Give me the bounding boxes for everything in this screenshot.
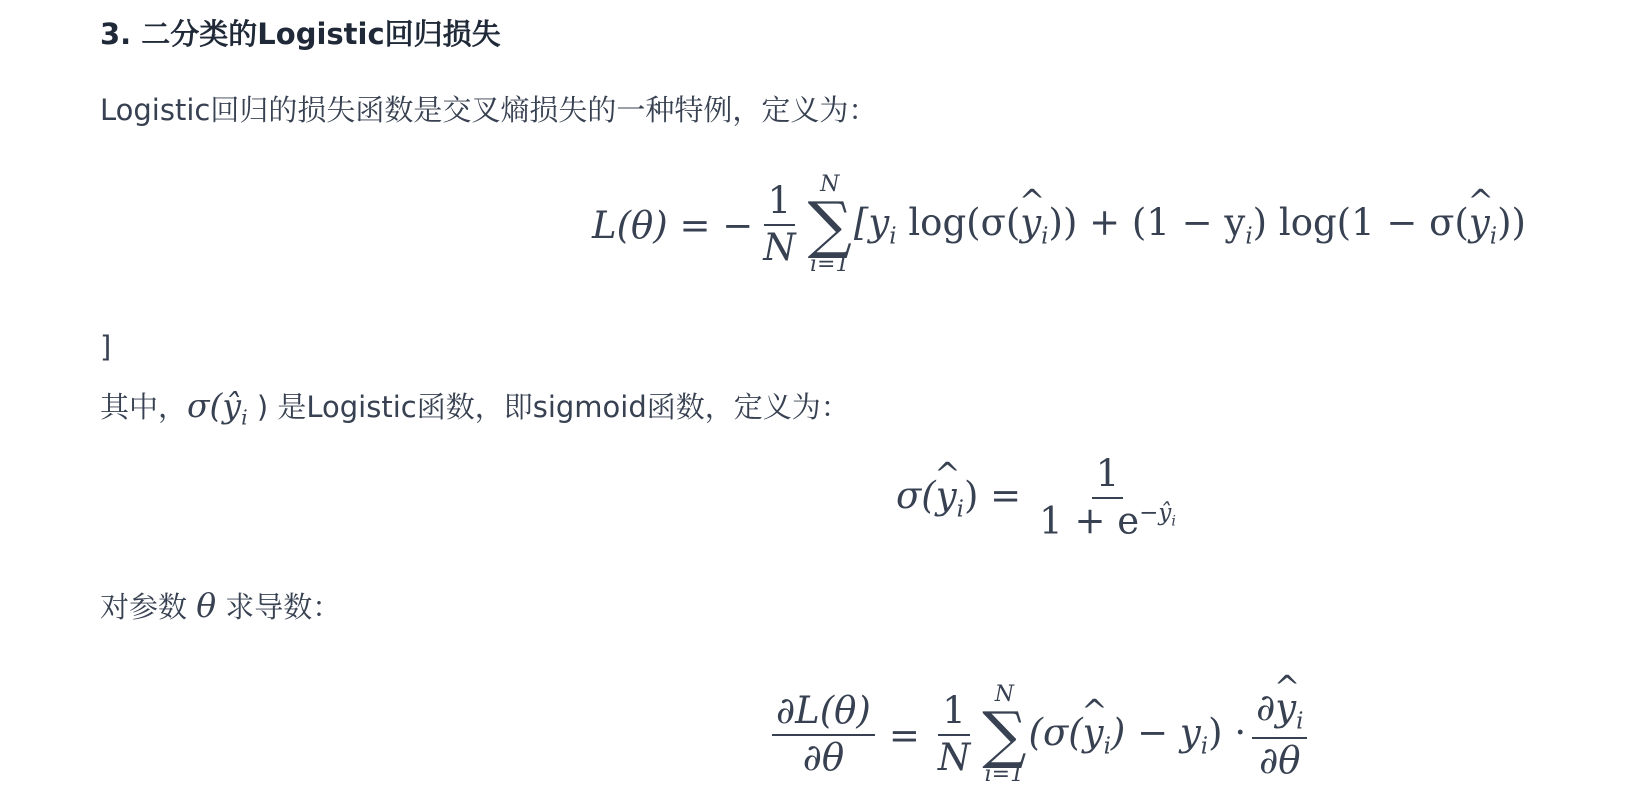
gradient-rhs-den: ∂θ <box>1255 739 1304 782</box>
loss-sub: i <box>1245 223 1252 249</box>
derivative-intro-prefix: 对参数 <box>100 590 196 624</box>
loss-summation: N ∑ i=1 <box>808 174 852 277</box>
gradient-rhs-num: ∂yi <box>1252 688 1307 739</box>
theta-symbol: θ <box>196 586 216 625</box>
gradient-lhs-den: ∂θ <box>799 736 848 779</box>
sigma-sum-icon: ∑ <box>808 196 852 255</box>
gradient-sub: i <box>1104 733 1111 759</box>
stray-bracket: ] <box>100 330 111 364</box>
sigmoid-den-base: 1 + e <box>1039 499 1139 542</box>
sigmoid-den-exp-sub: i <box>1171 513 1176 529</box>
gradient-fraction: 1 N <box>934 691 974 778</box>
sigmoid-fraction: 1 1 + e−ŷi <box>1035 454 1180 542</box>
sigmoid-intro-paragraph: 其中，σ(ŷi ) 是Logistic函数，即sigmoid函数，定义为： <box>100 385 850 430</box>
intro-paragraph: Logistic回归的损失函数是交叉熵损失的一种特例，定义为： <box>100 88 877 129</box>
gradient-frac-den: N <box>934 736 974 779</box>
document-page: 3. 二分类的Logistic回归损失 Logistic回归的损失函数是交叉熵损… <box>0 0 1632 804</box>
loss-fraction: 1 N <box>759 181 799 268</box>
loss-sub: i <box>1490 223 1497 249</box>
gradient-rhs-fraction: ∂yi ∂θ <box>1252 688 1307 781</box>
y-hat-symbol: y <box>1020 201 1041 244</box>
sigmoid-frac-den: 1 + e−ŷi <box>1035 499 1180 542</box>
loss-body-part: )) + (1 − y <box>1049 201 1246 244</box>
sigmoid-lhs-part: ) = <box>964 474 1021 517</box>
loss-body-part: [y <box>854 201 889 244</box>
loss-equation: L(θ) = − 1 N N ∑ i=1 [yi log(σ(yi)) + (1… <box>592 160 1526 290</box>
gradient-body-part: ) − y <box>1111 711 1201 754</box>
y-hat-symbol: y <box>936 474 957 517</box>
gradient-summation: N ∑ i=1 <box>982 684 1026 787</box>
gradient-rhs-sub: i <box>1296 709 1303 735</box>
inline-sigma-close: ) <box>248 390 269 424</box>
loss-sub: i <box>889 223 896 249</box>
loss-lhs: L(θ) = − <box>592 204 753 247</box>
gradient-equals: = <box>889 714 920 757</box>
loss-sub: i <box>1041 223 1048 249</box>
inline-sigma-text: σ(ŷ <box>187 386 241 425</box>
gradient-frac-num: 1 <box>938 691 970 736</box>
partial-symbol: ∂ <box>1256 686 1275 729</box>
sigmoid-den-exp: −ŷi <box>1139 500 1176 526</box>
loss-frac-den: N <box>759 226 799 269</box>
derivative-intro-suffix: 求导数： <box>216 590 341 624</box>
y-hat-symbol: y <box>1469 201 1490 244</box>
sigma-sum-icon: ∑ <box>982 706 1026 765</box>
sigmoid-intro-prefix: 其中， <box>100 390 187 424</box>
inline-sigma-math: σ(ŷi <box>187 386 248 425</box>
gradient-body: (σ(yi) − yi) · <box>1029 711 1247 759</box>
gradient-body-part: (σ( <box>1029 711 1083 754</box>
derivative-intro-paragraph: 对参数 θ 求导数： <box>100 585 341 626</box>
gradient-sum-lower: i=1 <box>985 764 1024 786</box>
gradient-body-part: ) · <box>1208 711 1246 754</box>
loss-body: [yi log(σ(yi)) + (1 − yi) log(1 − σ(yi)) <box>854 201 1526 249</box>
sigmoid-intro-suffix: 是Logistic函数，即sigmoid函数，定义为： <box>268 390 850 424</box>
sigmoid-equation: σ(yi) = 1 1 + e−ŷi <box>896 448 1186 548</box>
gradient-lhs-num: ∂L(θ) <box>772 691 875 736</box>
gradient-equation: ∂L(θ) ∂θ = 1 N N ∑ i=1 (σ(yi) − yi) · ∂y… <box>766 672 1313 798</box>
y-hat-symbol: y <box>1083 711 1104 754</box>
loss-body-part: ) log(1 − σ( <box>1253 201 1469 244</box>
loss-frac-num: 1 <box>764 181 796 226</box>
y-hat-symbol: y <box>1275 688 1296 729</box>
section-heading: 3. 二分类的Logistic回归损失 <box>100 12 501 53</box>
sigmoid-lhs-part: σ( <box>896 474 936 517</box>
loss-body-part: log(σ( <box>897 201 1021 244</box>
sigmoid-frac-num: 1 <box>1092 454 1124 499</box>
loss-body-part: )) <box>1497 201 1526 244</box>
gradient-lhs-fraction: ∂L(θ) ∂θ <box>772 691 875 778</box>
sigmoid-lhs-sub: i <box>957 496 964 522</box>
loss-sum-lower: i=1 <box>810 254 849 276</box>
sigmoid-den-exp-text: −ŷ <box>1139 500 1171 526</box>
sigmoid-lhs: σ(yi) = <box>896 474 1021 522</box>
